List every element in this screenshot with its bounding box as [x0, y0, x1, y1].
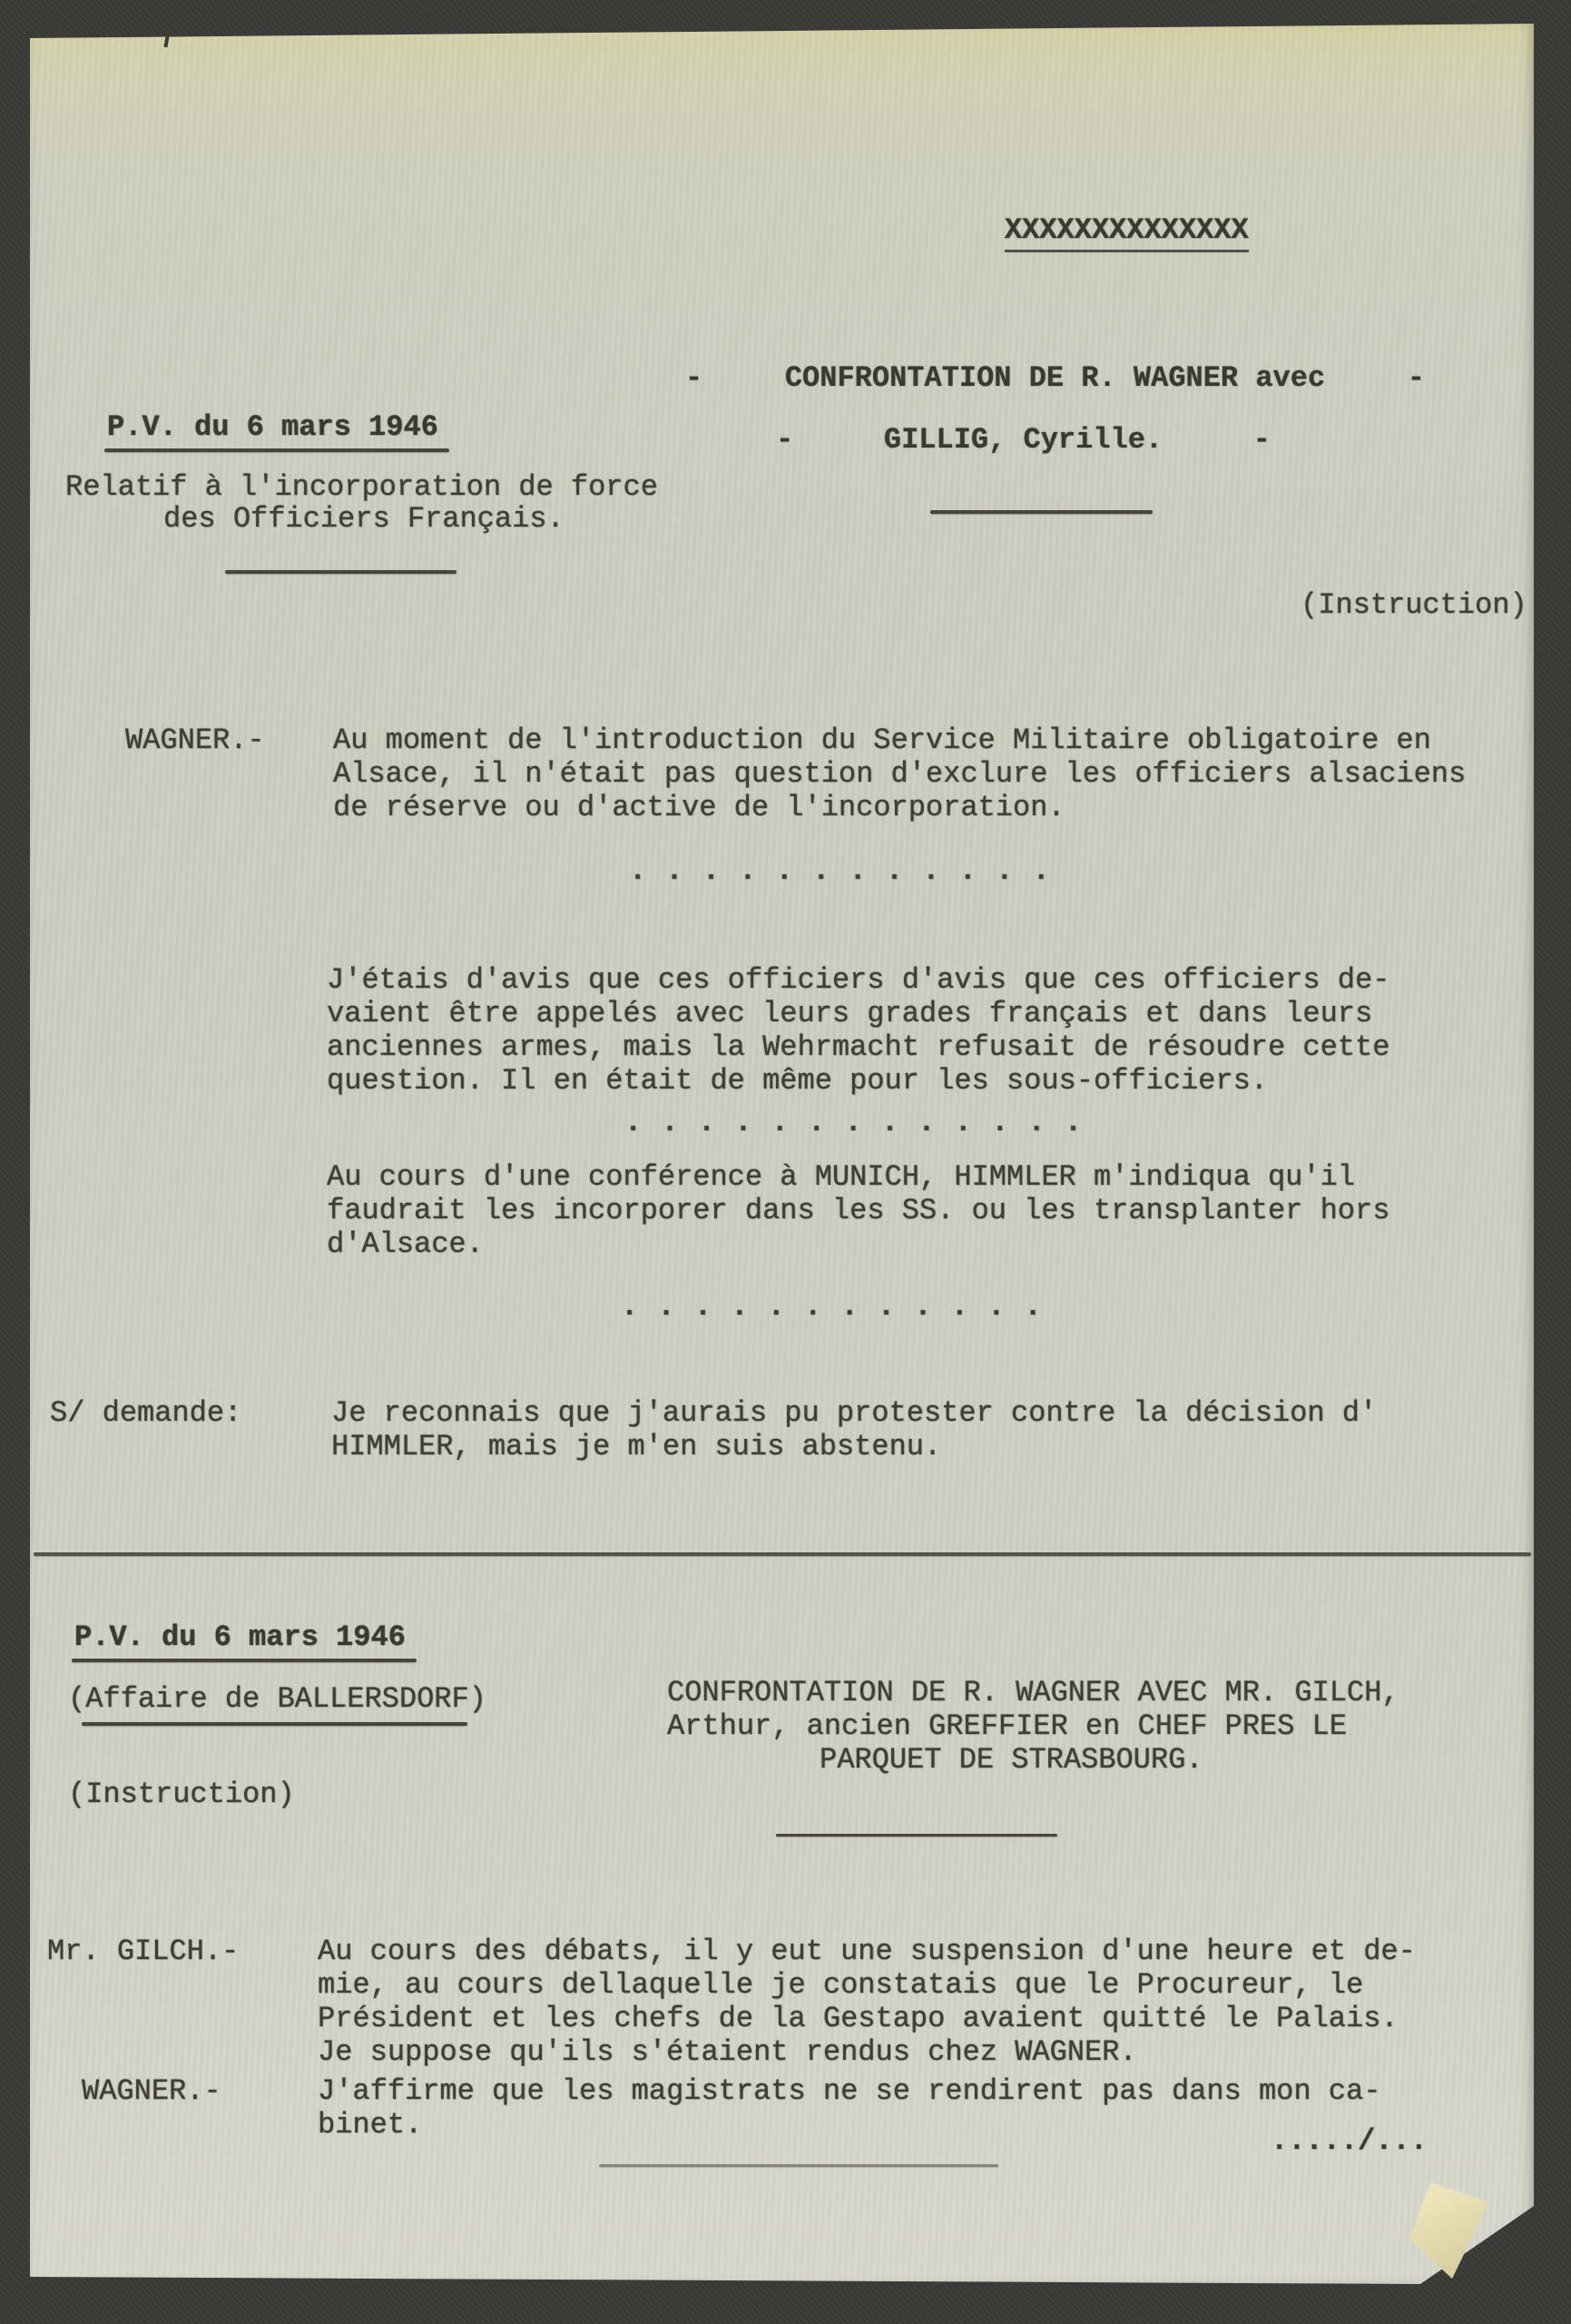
pv-date-1: P.V. du 6 mars 1946	[107, 410, 438, 444]
speaker-label-wagner-2: WAGNER.-	[82, 2074, 221, 2108]
title-line: CONFRONTATION DE R. WAGNER AVEC MR. GILC…	[667, 1676, 1399, 1709]
paragraph-line: question. Il en était de même pour les s…	[327, 1064, 1389, 1098]
confrontation-title-row-1: - CONFRONTATION DE R. WAGNER avec -	[685, 361, 1425, 395]
speaker-label-wagner-1: WAGNER.-	[125, 724, 265, 757]
subject-line-1: Relatif à l'incorporation de force	[65, 470, 658, 504]
title-2-underline	[776, 1834, 1057, 1837]
affaire-underline	[82, 1722, 467, 1726]
dash-left: -	[685, 361, 702, 395]
dot-separator-3: . . . . . . . . . . . .	[621, 1290, 1043, 1324]
paragraph-line: Je reconnais que j'aurais pu protester c…	[331, 1396, 1377, 1430]
cancellation-stamp: XXXXXXXXXXXXXX	[935, 180, 1249, 281]
paragraph-line: binet.	[318, 2108, 1380, 2142]
affaire-label: (Affaire de BALLERSDORF)	[68, 1682, 486, 1716]
document-page: XXXXXXXXXXXXXX - CONFRONTATION DE R. WAG…	[30, 24, 1534, 2290]
paragraph-line: faudrait les incorporer dans les SS. ou …	[327, 1194, 1389, 1227]
wagner-paragraph-3: Au cours d'une conférence à MUNICH, HIMM…	[327, 1160, 1389, 1261]
pv-date-2-underline	[72, 1659, 417, 1662]
speaker-label-demande: S/ demande:	[50, 1396, 241, 1430]
title-underline	[930, 510, 1153, 514]
bottom-faint-underline	[599, 2164, 998, 2167]
paragraph-line: Au cours d'une conférence à MUNICH, HIMM…	[327, 1160, 1389, 1194]
dot-separator-2: . . . . . . . . . . . . .	[624, 1106, 1083, 1139]
pv-date-2: P.V. du 6 mars 1946	[74, 1620, 406, 1654]
confrontation-title-line2: GILLIG, Cyrille.	[884, 423, 1163, 457]
paragraph-line: J'étais d'avis que ces officiers d'avis …	[327, 963, 1389, 997]
confrontation-title-2: CONFRONTATION DE R. WAGNER AVEC MR. GILC…	[667, 1676, 1399, 1777]
title-line: Arthur, ancien GREFFIER en CHEF PRES LE	[667, 1709, 1399, 1743]
paragraph-line: d'Alsace.	[327, 1227, 1389, 1261]
paragraph-line: mie, au cours dellaquelle je constatais …	[318, 1968, 1416, 2002]
pv-date-1-underline	[104, 448, 449, 452]
dash-right: -	[1253, 423, 1271, 457]
instruction-note-2: (Instruction)	[68, 1777, 295, 1811]
scanned-document-background: { "colors": { "scanner_background": "#3a…	[0, 0, 1571, 2324]
paragraph-line: de réserve ou d'active de l'incorporatio…	[333, 791, 1466, 824]
wagner-paragraph-2: J'étais d'avis que ces officiers d'avis …	[327, 963, 1389, 1098]
page-continuation-mark: ...../...	[1271, 2124, 1428, 2158]
subject-line-2: des Officiers Français.	[163, 502, 565, 536]
title-line: PARQUET DE STRASBOURG.	[667, 1743, 1399, 1777]
paragraph-line: Alsace, il n'était pas question d'exclur…	[333, 757, 1466, 791]
demande-paragraph: Je reconnais que j'aurais pu protester c…	[331, 1396, 1377, 1463]
dot-separator-1: . . . . . . . . . . . .	[629, 854, 1051, 888]
paragraph-line: vaient être appelés avec leurs grades fr…	[327, 997, 1389, 1030]
dash-left: -	[776, 423, 793, 457]
paragraph-line: Je suppose qu'ils s'étaient rendus chez …	[318, 2035, 1416, 2069]
subject-underline	[225, 570, 457, 574]
wagner-paragraph-4: J'affirme que les magistrats ne se rendi…	[318, 2074, 1380, 2142]
gilch-paragraph: Au cours des débats, il y eut une suspen…	[318, 1935, 1416, 2069]
paragraph-line: Président et les chefs de la Gestapo ava…	[318, 2002, 1416, 2035]
wagner-paragraph-1: Au moment de l'introduction du Service M…	[333, 724, 1466, 824]
confrontation-title-row-2: - GILLIG, Cyrille. -	[776, 423, 1271, 457]
paragraph-line: HIMMLER, mais je m'en suis abstenu.	[331, 1430, 1377, 1463]
paragraph-line: Au cours des débats, il y eut une suspen…	[318, 1935, 1416, 1968]
paragraph-line: Au moment de l'introduction du Service M…	[333, 724, 1466, 757]
paragraph-line: anciennes armes, mais la Wehrmacht refus…	[327, 1030, 1389, 1064]
stamp-x-row: XXXXXXXXXXXXXX	[1005, 213, 1249, 252]
paragraph-line: J'affirme que les magistrats ne se rendi…	[318, 2074, 1380, 2108]
confrontation-title-line1: CONFRONTATION DE R. WAGNER avec	[785, 361, 1325, 395]
section-divider-line	[34, 1552, 1531, 1556]
dash-right: -	[1408, 361, 1425, 395]
instruction-note-1: (Instruction)	[1301, 588, 1527, 622]
speaker-label-gilch: Mr. GILCH.-	[47, 1935, 239, 1968]
